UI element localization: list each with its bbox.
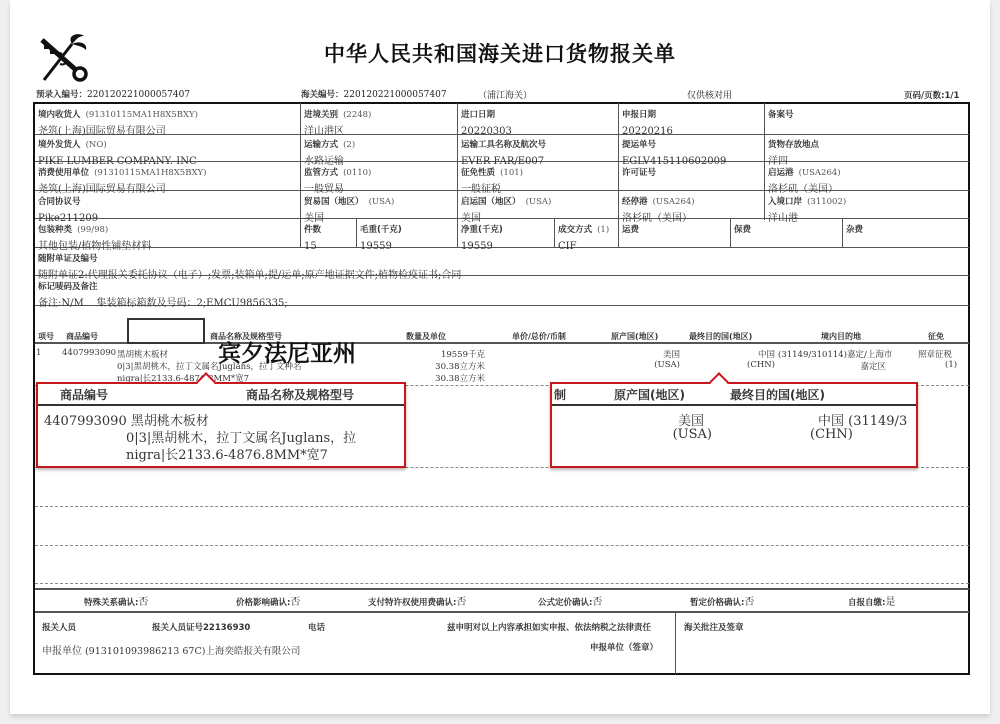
- col-origin: 原产国(地区): [611, 331, 658, 342]
- customs-approval: 海关批注及签章: [684, 621, 744, 633]
- pre-entry-number: 预录入编号：220120221000057407: [36, 88, 190, 100]
- field-freight: 运费: [622, 220, 639, 237]
- page-info: 页码/页数:1/1: [904, 89, 959, 101]
- zoom-callout-origin: 制 原产国(地区) 最终目的国(地区) 美国 (USA) 中国 (31149/3…: [550, 382, 918, 468]
- confirm-provisional-price: 暂定价格确认:否: [690, 593, 754, 608]
- check-only-note: 仅供核对用: [687, 88, 732, 101]
- field-import-date: 进口日期20220303: [461, 105, 512, 139]
- seal-label: 申报单位（签章）: [590, 641, 658, 653]
- customs-office: （浦江海关）: [478, 88, 532, 101]
- declarant-label: 报关人员: [42, 621, 76, 633]
- customs-number: 海关编号：220120221000057407: [301, 88, 447, 100]
- annotation-box: [127, 318, 205, 344]
- watermark-text: 宾夕法尼亚州: [218, 335, 356, 368]
- field-declare-date: 申报日期20220216: [622, 105, 673, 139]
- field-license-no: 许可证号: [622, 163, 656, 180]
- confirm-price-influence: 价格影响确认:否: [236, 593, 300, 608]
- col-item-no: 项号: [38, 331, 54, 342]
- field-consignee: 境内收货人 (91310115MA1H8X5BXY) 尧筑(上海)国际贸易有限公…: [38, 105, 198, 139]
- declaring-unit: 申报单位 (913101093986213 67C)上海奕皓报关有限公司: [42, 642, 300, 657]
- confirm-formula-pricing: 公式定价确认:否: [538, 593, 602, 608]
- zoom-callout-product: 商品编号 商品名称及规格型号 4407993090 黑胡桃木板材 0|3|黑胡桃…: [36, 382, 406, 468]
- field-record-no: 备案号: [768, 105, 794, 122]
- field-entry-port: 入境口岸 (311002) 洋山港: [768, 192, 846, 226]
- field-misc-fee: 杂费: [846, 220, 863, 237]
- page-title: 中华人民共和国海关进口货物报关单: [0, 38, 1000, 68]
- col-dest-country: 最终目的国(地区): [689, 331, 752, 342]
- legal-statement: 兹申明对以上内容承担如实申报、依法纳税之法律责任: [447, 621, 651, 633]
- col-levy: 征免: [928, 331, 944, 342]
- field-insurance: 保费: [734, 220, 751, 237]
- confirm-self-payment: 自报自缴:是: [848, 593, 895, 608]
- col-hs-code: 商品编号: [66, 331, 98, 342]
- field-entry-customs: 进境关别 (2248) 洋山港区: [304, 105, 371, 139]
- col-domestic-dest: 境内目的地: [821, 331, 861, 342]
- col-price: 单价/总价/币制: [512, 331, 566, 342]
- field-marks: 标记唛码及备注 备注:N/M 集装箱标箱数及号码：2;EMCU9856335;: [38, 277, 288, 311]
- phone-label: 电话: [308, 621, 325, 633]
- declarant-cert: 报关人员证号22136930: [152, 621, 250, 633]
- col-quantity: 数量及单位: [406, 331, 446, 342]
- field-trade-terms: 成交方式 (1) CIF: [558, 220, 609, 254]
- field-net-weight: 净重(千克)19559: [461, 220, 503, 254]
- confirm-special-relation: 特殊关系确认:否: [84, 593, 148, 608]
- confirm-royalty: 支付特许权使用费确认:否: [368, 593, 466, 608]
